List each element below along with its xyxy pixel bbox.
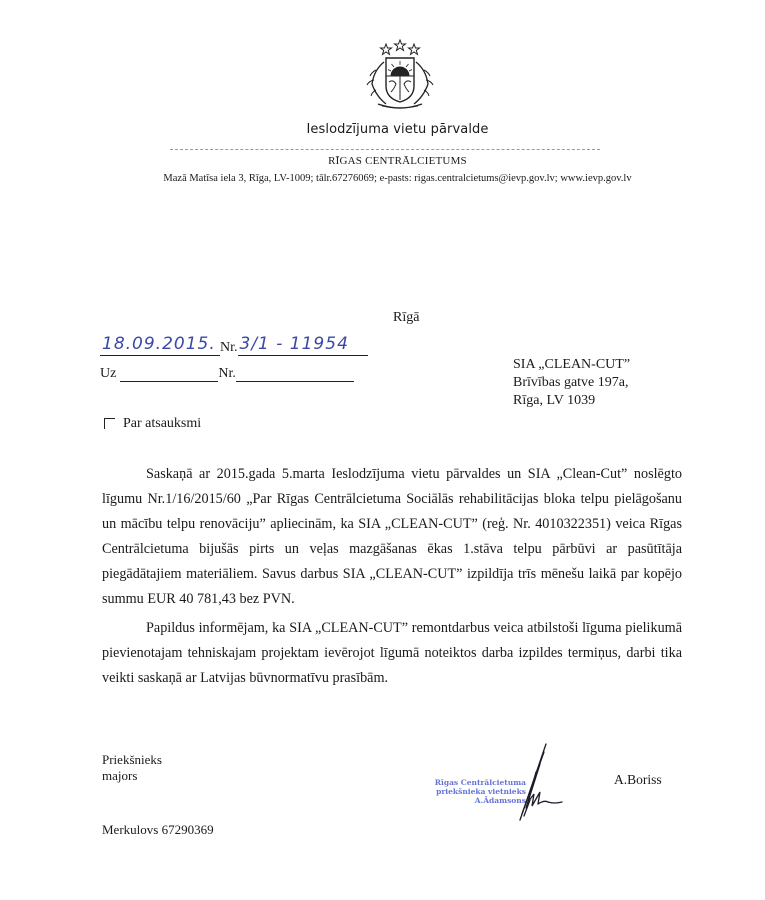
recipient-name: SIA „CLEAN-CUT” <box>513 356 630 374</box>
date-field: 18.09.2015. <box>100 335 220 356</box>
signer-position: Priekšnieks <box>102 752 162 768</box>
signer-title: Priekšnieks majors <box>102 752 162 784</box>
latvia-coat-of-arms-icon <box>364 38 436 112</box>
subject-row: Par atsauksmi <box>104 416 201 432</box>
handwritten-date: 18.09.2015. <box>102 334 216 354</box>
signer-name: A.Boriss <box>614 772 662 788</box>
subject-checkbox-corner-icon <box>104 418 115 429</box>
nr2-field <box>236 365 354 382</box>
uz-label: Uz <box>100 366 116 381</box>
letter-body: Saskaņā ar 2015.gada 5.marta Ieslodzījum… <box>102 462 682 691</box>
organization-name: Ieslodzījuma vietu pārvalde <box>0 122 765 137</box>
reference-row: Uz Nr. <box>100 364 380 386</box>
number-field: 3/1 - 11954 <box>238 335 368 356</box>
nr2-label: Nr. <box>218 366 236 381</box>
contact-person: Merkulovs 67290369 <box>102 822 214 838</box>
recipient-block: SIA „CLEAN-CUT” Brīvības gatve 197a, Rīg… <box>513 356 630 410</box>
handwritten-signature-icon <box>500 742 600 822</box>
nr-label: Nr. <box>220 340 238 355</box>
uz-field <box>120 365 218 382</box>
subject-label: Par atsauksmi <box>123 416 201 432</box>
recipient-street: Brīvības gatve 197a, <box>513 374 630 392</box>
organization-address: Mazā Matīsa iela 3, Rīga, LV-1009; tālr.… <box>0 173 765 184</box>
body-paragraph: Papildus informējam, ka SIA „CLEAN-CUT” … <box>102 616 682 691</box>
handwritten-number: 3/1 - 11954 <box>240 334 349 354</box>
registration-row: 18.09.2015. Nr. 3/1 - 11954 <box>100 335 380 361</box>
division-name: RĪGAS CENTRĀLCIETUMS <box>0 155 765 167</box>
body-paragraph: Saskaņā ar 2015.gada 5.marta Ieslodzījum… <box>102 462 682 612</box>
header-divider <box>170 149 600 150</box>
recipient-city: Rīga, LV 1039 <box>513 392 630 410</box>
place-of-issue: Rīgā <box>393 310 419 326</box>
signer-rank: majors <box>102 768 162 784</box>
